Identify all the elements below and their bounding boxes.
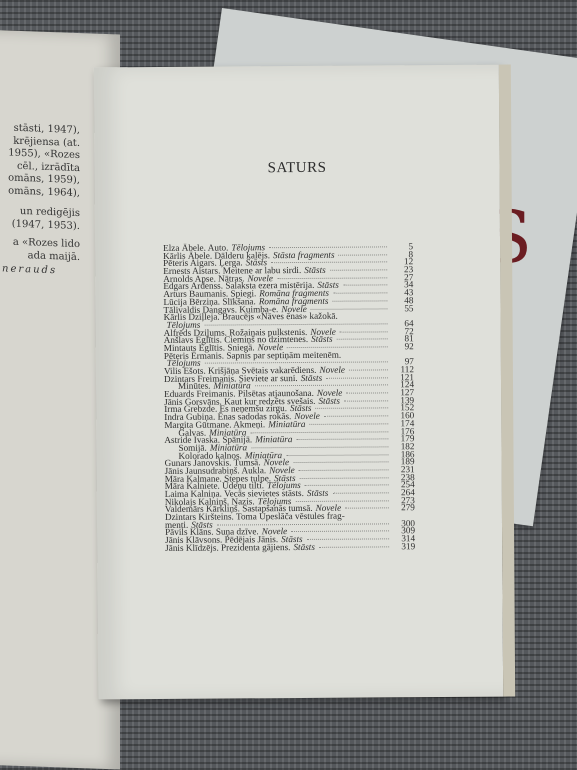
toc-entry: Jānis Klīdzējs. Prezidenta gājiens.Stāst… — [165, 542, 415, 551]
dot-leader — [291, 531, 389, 533]
dot-leader — [344, 400, 388, 401]
dot-leader — [349, 369, 388, 370]
dot-leader — [296, 439, 388, 441]
dot-leader — [204, 323, 387, 325]
left-line: 1955), «Rozes — [0, 147, 80, 163]
dot-leader — [346, 392, 388, 393]
dot-leader — [250, 431, 388, 433]
entry-genre: Stāsts — [318, 396, 340, 405]
entry-page-number: 55 — [391, 304, 413, 313]
dot-leader — [205, 362, 388, 364]
dot-leader — [299, 469, 389, 471]
entry-genre: Stāsta fragments — [273, 250, 335, 259]
dot-leader — [311, 308, 388, 310]
author-signature: nerauds — [2, 263, 57, 276]
entry-genre: Stāsts — [293, 543, 315, 552]
entry-genre: Stāsts — [311, 335, 333, 344]
dot-leader — [300, 477, 389, 479]
dot-leader — [319, 546, 389, 547]
left-line: a «Rozes lido — [0, 236, 80, 252]
entry-author-title: Jānis Klīdzējs. Prezidenta gājiens. — [165, 543, 290, 553]
dot-leader — [315, 408, 388, 410]
contents-page: SATURS Elza Ābele. Auto.Tēlojums5Kārlis … — [94, 65, 503, 700]
dot-leader — [269, 246, 387, 248]
dot-leader — [307, 538, 389, 540]
dot-leader — [332, 300, 387, 301]
dot-leader — [345, 508, 389, 509]
entry-genre: Stāsts — [301, 374, 323, 383]
entry-page-number: 319 — [393, 542, 415, 551]
entry-page-number: 279 — [393, 504, 415, 513]
page-title: SATURS — [94, 159, 499, 179]
dot-leader — [287, 346, 388, 348]
dot-leader — [343, 285, 388, 286]
dot-leader — [277, 277, 387, 279]
entry-page-number: 92 — [392, 342, 414, 351]
dot-leader — [255, 385, 388, 387]
dot-leader — [339, 254, 388, 255]
dot-leader — [305, 485, 389, 487]
dot-leader — [286, 454, 388, 456]
dot-leader — [271, 262, 387, 264]
left-page-text: stāsti, 1947), krējiensa (at. 1955), «Ro… — [0, 122, 80, 264]
entry-genre: Stāsts — [307, 489, 329, 498]
dot-leader — [326, 377, 388, 378]
dot-leader — [340, 331, 388, 332]
entry-genre: Novele — [319, 366, 345, 375]
dot-leader — [309, 423, 388, 425]
entry-genre: Miniatūra — [255, 435, 292, 444]
dot-leader — [333, 293, 387, 294]
dot-leader — [293, 462, 389, 464]
dot-leader — [337, 339, 388, 340]
dot-leader — [332, 492, 388, 493]
table-of-contents: Elza Ābele. Auto.Tēlojums5Kārlis Ābele. … — [163, 242, 415, 551]
dot-leader — [217, 523, 389, 525]
entry-genre: Stāsts — [304, 266, 326, 275]
dot-leader — [251, 446, 388, 448]
dot-leader — [324, 415, 388, 416]
dot-leader — [330, 269, 388, 270]
entry-genre: Miniatūra — [268, 420, 305, 429]
dot-leader — [295, 500, 388, 502]
